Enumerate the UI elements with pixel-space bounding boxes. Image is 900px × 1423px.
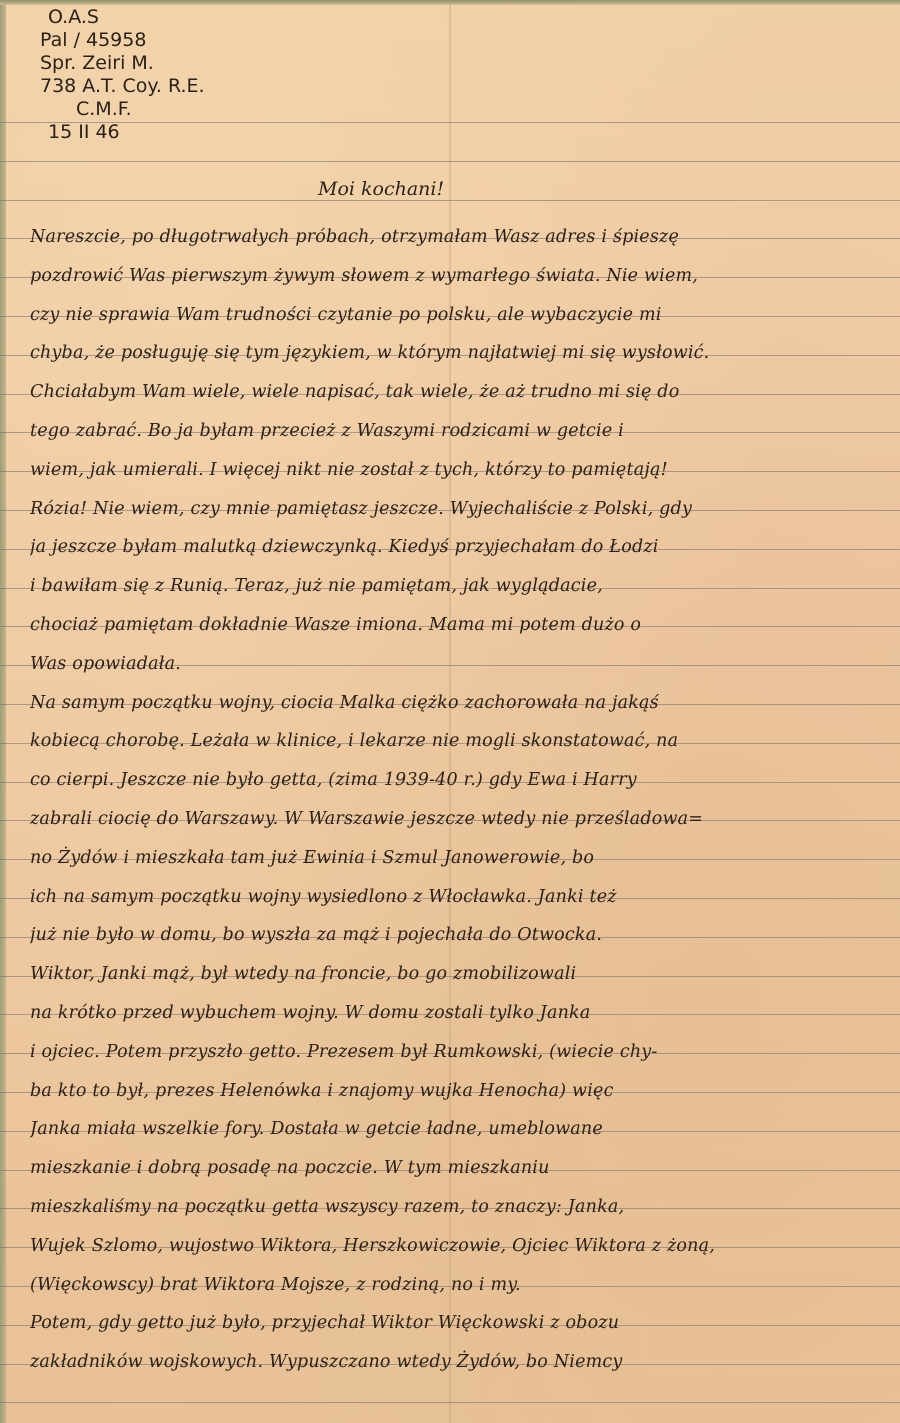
header-line: Pal / 45958 <box>40 29 205 52</box>
letter-line: Was opowiadała. <box>30 645 880 684</box>
letter-line: Nareszcie, po długotrwałych próbach, otr… <box>30 218 880 257</box>
letter-date: 15 II 46 <box>48 121 205 144</box>
letter-line: wiem, jak umierali. I więcej nikt nie zo… <box>30 451 880 490</box>
header-line: 738 A.T. Coy. R.E. <box>40 75 205 98</box>
letter-line: mieszkaliśmy na początku getta wszyscy r… <box>30 1188 880 1227</box>
letter-line: ich na samym początku wojny wysiedlono z… <box>30 878 880 917</box>
letter-line: (Więckowscy) brat Wiktora Mojsze, z rodz… <box>30 1266 880 1305</box>
letter-line: zakładników wojskowych. Wypuszczano wted… <box>30 1343 880 1382</box>
rule-line <box>0 1402 900 1403</box>
letter-line: Chciałabym Wam wiele, wiele napisać, tak… <box>30 373 880 412</box>
letter-line: Wujek Szlomo, wujostwo Wiktora, Herszkow… <box>30 1227 880 1266</box>
rule-line <box>0 200 900 201</box>
sender-address-block: O.A.S Pal / 45958 Spr. Zeiri M. 738 A.T.… <box>40 6 205 144</box>
letter-line: Na samym początku wojny, ciocia Malka ci… <box>30 684 880 723</box>
letter-line: no Żydów i mieszkała tam już Ewinia i Sz… <box>30 839 880 878</box>
letter-line: ba kto to był, prezes Helenówka i znajom… <box>30 1072 880 1111</box>
rule-line <box>0 161 900 162</box>
letter-line: co cierpi. Jeszcze nie było getta, (zima… <box>30 761 880 800</box>
letter-line: i ojciec. Potem przyszło getto. Prezesem… <box>30 1033 880 1072</box>
letter-line: czy nie sprawia Wam trudności czytanie p… <box>30 296 880 335</box>
letter-body: Nareszcie, po długotrwałych próbach, otr… <box>30 218 880 1382</box>
salutation: Moi kochani! <box>318 178 444 200</box>
letter-line: pozdrowić Was pierwszym żywym słowem z w… <box>30 257 880 296</box>
letter-line: Wiktor, Janki mąż, był wtedy na froncie,… <box>30 955 880 994</box>
letter-line: zabrali ciocię do Warszawy. W Warszawie … <box>30 800 880 839</box>
letter-line: i bawiłam się z Runią. Teraz, już nie pa… <box>30 567 880 606</box>
letter-line: Potem, gdy getto już było, przyjechał Wi… <box>30 1304 880 1343</box>
letter-line: kobiecą chorobę. Leżała w klinice, i lek… <box>30 722 880 761</box>
letter-line: chociaż pamiętam dokładnie Wasze imiona.… <box>30 606 880 645</box>
letter-line: Janka miała wszelkie fory. Dostała w get… <box>30 1110 880 1149</box>
letter-page: O.A.S Pal / 45958 Spr. Zeiri M. 738 A.T.… <box>0 0 900 1423</box>
header-line: C.M.F. <box>76 98 205 121</box>
header-line: O.A.S <box>48 6 205 29</box>
letter-line: mieszkanie i dobrą posadę na poczcie. W … <box>30 1149 880 1188</box>
letter-line: na krótko przed wybuchem wojny. W domu z… <box>30 994 880 1033</box>
header-line: Spr. Zeiri M. <box>40 52 205 75</box>
letter-line: Rózia! Nie wiem, czy mnie pamiętasz jesz… <box>30 490 880 529</box>
letter-line: już nie było w domu, bo wyszła za mąż i … <box>30 916 880 955</box>
letter-line: ja jeszcze byłam malutką dziewczynką. Ki… <box>30 528 880 567</box>
letter-line: tego zabrać. Bo ja byłam przecież z Wasz… <box>30 412 880 451</box>
letter-line: chyba, że posługuję się tym językiem, w … <box>30 334 880 373</box>
